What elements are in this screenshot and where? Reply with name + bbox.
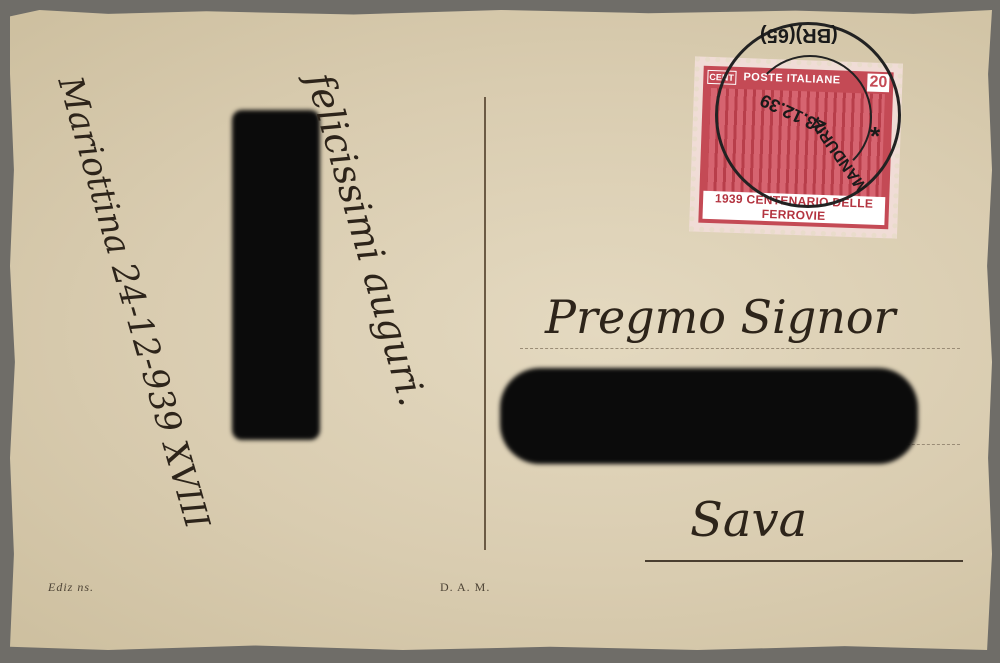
publisher-center: D. A. M. [440,580,490,595]
address-city: Sava [690,492,807,548]
address-line-1 [520,348,960,349]
postmark-star-icon: * [870,121,880,152]
postmark-circle: (BR)(65) 23.12.39 MANDURIA * [715,22,901,208]
center-divider-line [484,97,486,550]
publisher-left: Ediz ns. [48,580,94,595]
redaction-block-left [232,110,320,440]
address-salutation: Pregmo Signor [545,290,896,344]
address-line-city [645,560,963,562]
postmark-top-text: (BR)(65) [760,23,838,46]
redaction-block-address [500,368,918,464]
